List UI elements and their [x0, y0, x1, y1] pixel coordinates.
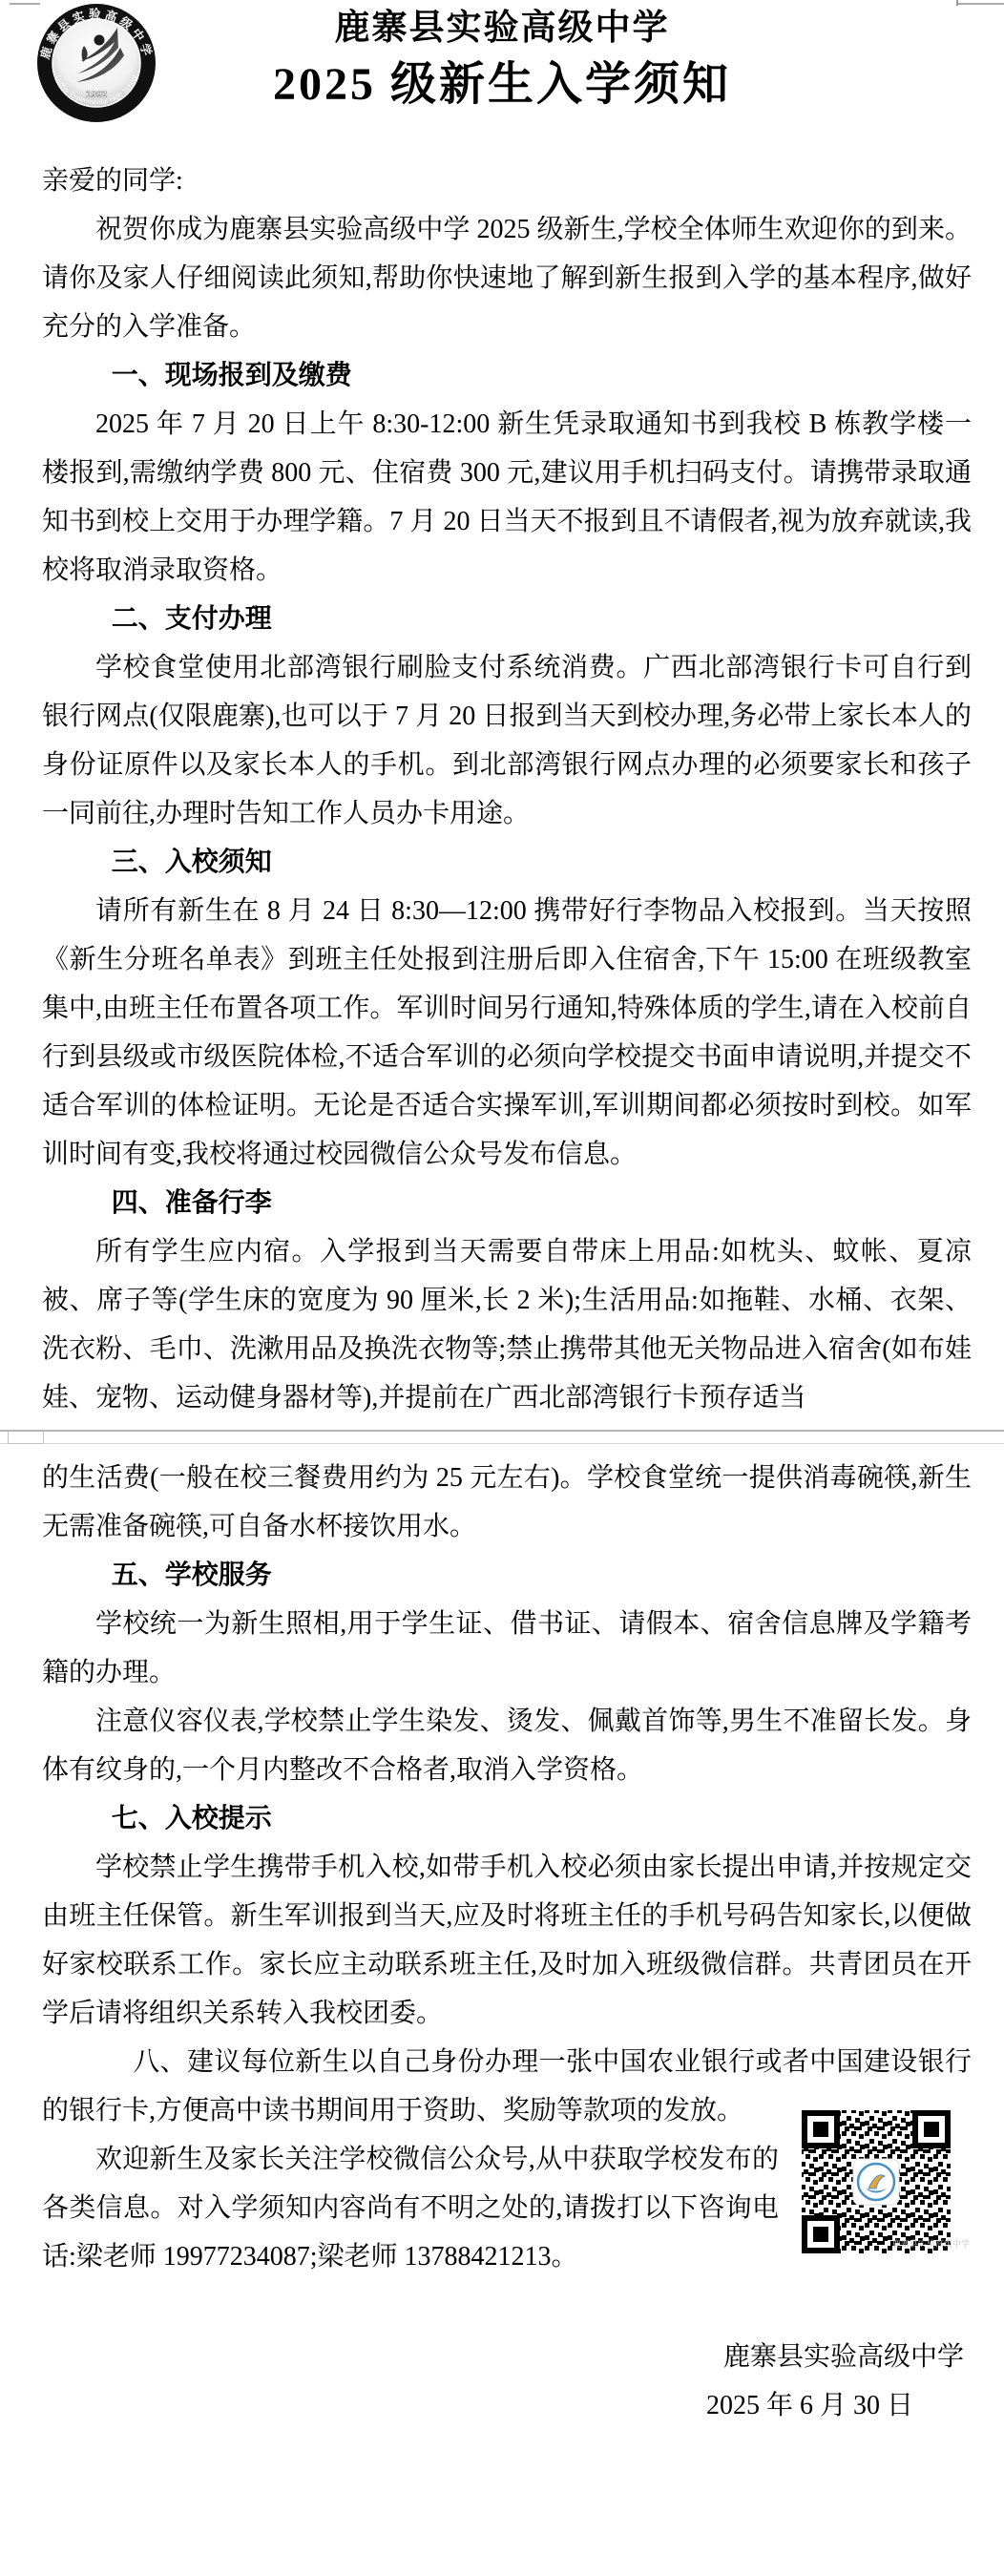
page-break-tab — [8, 1432, 44, 1444]
logo-year: 1992 — [86, 90, 108, 100]
section-3-heading: 三、入校须知 — [42, 838, 972, 887]
wechat-qr-code: 鹿寨县实验高级中学 — [796, 2108, 972, 2269]
section-4-paragraph-part2: 的生活费(一般在校三餐费用约为 25 元左右)。学校食堂统一提供消毒碗筷,新生无… — [42, 1454, 972, 1551]
qr-caption: 鹿寨县实验高级中学 — [839, 2220, 970, 2269]
school-badge-icon: 鹿寨县实验高级中学 Luzhai Experimental High Schoo… — [36, 3, 157, 123]
section-3-paragraph: 请所有新生在 8 月 24 日 8:30—12:00 携带好行李物品入校报到。当… — [42, 887, 972, 1179]
closing-paragraph: 欢迎新生及家长关注学校微信公众号,从中获取学校发布的各类信息。对入学须知内容尚有… — [42, 2145, 779, 2272]
section-5-paragraph-1: 学校统一为新生照相,用于学生证、借书证、请假本、宿舍信息牌及学籍考籍的办理。 — [42, 1600, 972, 1697]
section-5-paragraph-2: 注意仪容仪表,学校禁止学生染发、烫发、佩戴首饰等,男生不准留长发。身体有纹身的,… — [42, 1697, 972, 1794]
signature-date: 2025 年 6 月 30 日 — [42, 2381, 972, 2430]
section-7-paragraph: 学校禁止学生携带手机入校,如带手机入校必须由家长提出申请,并按规定交由班主任保管… — [42, 1843, 972, 2038]
page-break-divider — [0, 1430, 1004, 1444]
document-page: 鹿寨县实验高级中学 Luzhai Experimental High Schoo… — [0, 0, 1004, 2576]
section-7-heading: 七、入校提示 — [42, 1794, 972, 1843]
signature-school: 鹿寨县实验高级中学 — [42, 2333, 972, 2381]
document-header: 鹿寨县实验高级中学 Luzhai Experimental High Schoo… — [0, 0, 1004, 132]
intro-paragraph: 祝贺你成为鹿寨县实验高级中学 2025 级新生,学校全体师生欢迎你的到来。请你及… — [42, 205, 972, 351]
document-body: 亲爱的同学: 祝贺你成为鹿寨县实验高级中学 2025 级新生,学校全体师生欢迎你… — [0, 157, 1004, 2430]
school-logo-badge: 鹿寨县实验高级中学 Luzhai Experimental High Schoo… — [36, 3, 157, 123]
signature-block: 鹿寨县实验高级中学 2025 年 6 月 30 日 — [42, 2333, 972, 2430]
section-1-paragraph: 2025 年 7 月 20 日上午 8:30-12:00 新生凭录取通知书到我校… — [42, 400, 972, 595]
salutation: 亲爱的同学: — [42, 157, 972, 205]
closing-paragraph-wrap: 鹿寨县实验高级中学 欢迎新生及家长关注学校微信公众号,从中获取学校发布的各类信息… — [42, 2135, 972, 2281]
section-2-paragraph: 学校食堂使用北部湾银行刷脸支付系统消费。广西北部湾银行卡可自行到银行网点(仅限鹿… — [42, 643, 972, 838]
section-5-heading: 五、学校服务 — [42, 1551, 972, 1600]
section-1-heading: 一、现场报到及缴费 — [42, 351, 972, 400]
section-4-heading: 四、准备行李 — [42, 1179, 972, 1227]
section-4-paragraph-part1: 所有学生应内宿。入学报到当天需要自带床上用品:如枕头、蚊帐、夏凉被、席子等(学生… — [42, 1227, 972, 1422]
section-2-heading: 二、支付办理 — [42, 595, 972, 643]
